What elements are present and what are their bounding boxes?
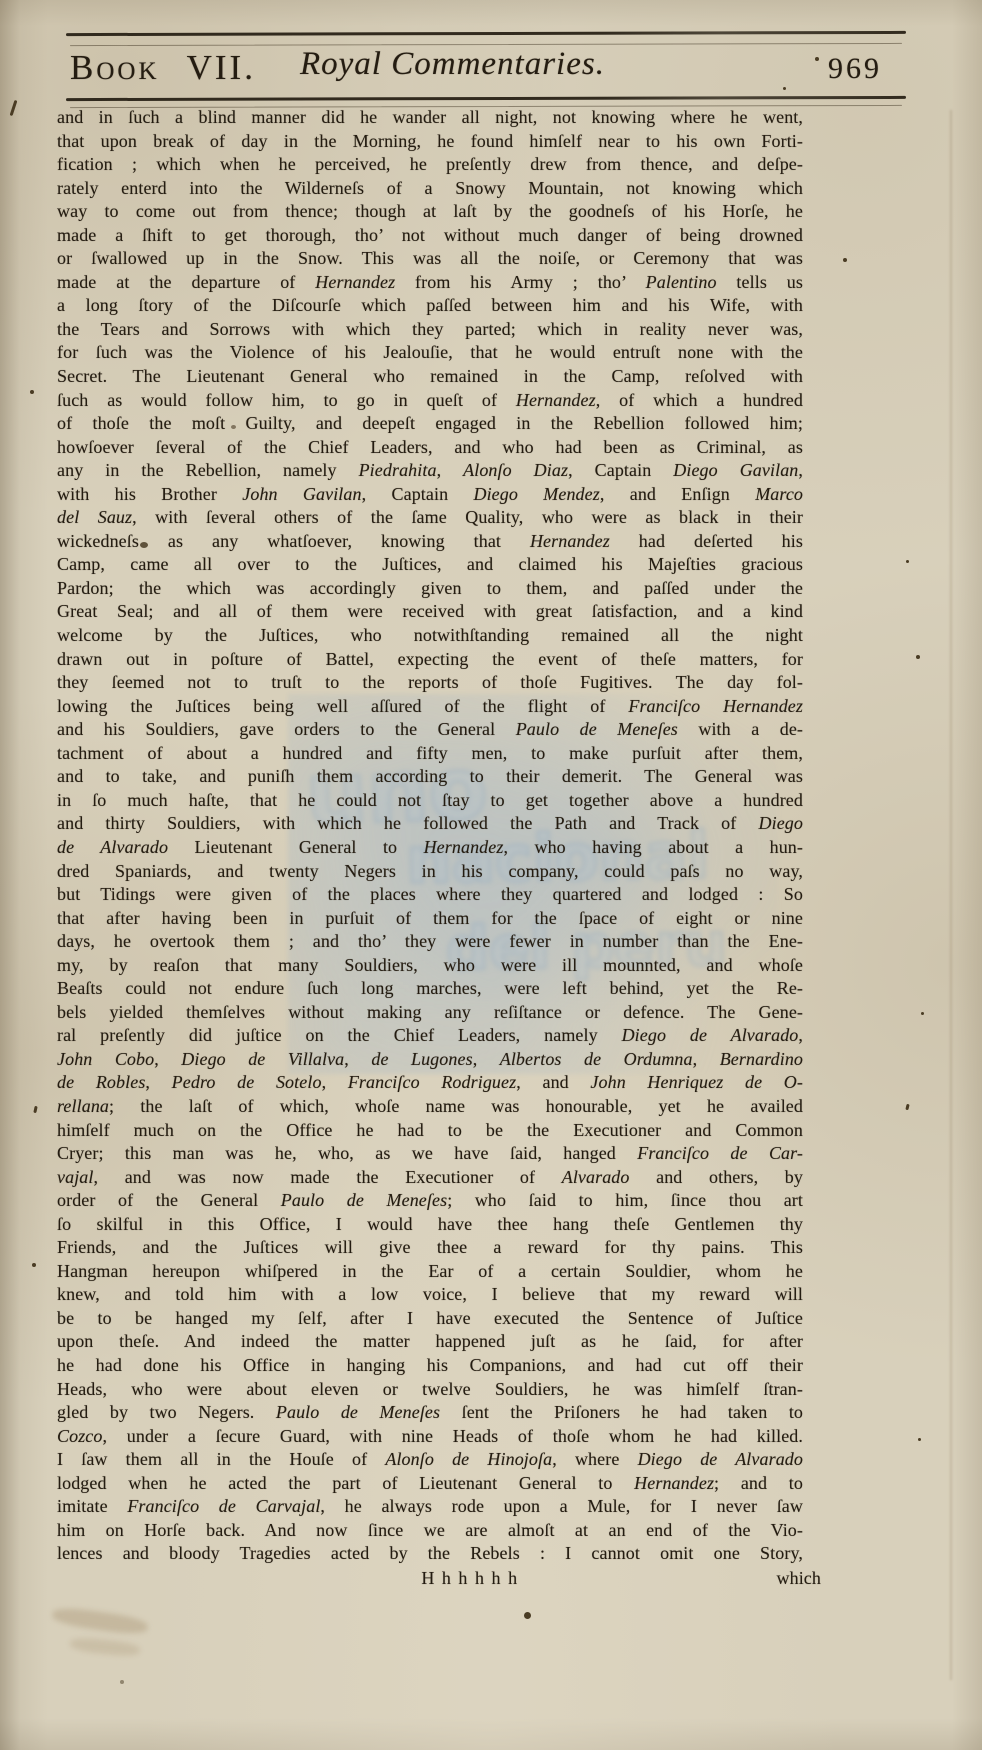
text-line: or ſwallowed up in the Snow. This was al…	[57, 247, 803, 271]
text-line: fication ; which when he perceived, he p…	[57, 153, 803, 177]
text-line: Camp, came all over to the Juſtices, and…	[57, 553, 803, 577]
text-line: they ſeemed not to truſt to the reports …	[57, 671, 803, 695]
book-label: Book VII.	[70, 48, 256, 88]
page-title: Royal Commentaries.	[300, 46, 605, 83]
text-line: Beaſts could not endure ſuch long marche…	[57, 977, 803, 1001]
text-line: for ſuch was the Violence of his Jealouſ…	[57, 341, 803, 365]
text-line: that upon break of day in the Morning, h…	[57, 130, 803, 154]
text-line: and in ſuch a blind manner did he wander…	[57, 106, 803, 130]
ink-speck	[921, 1012, 924, 1015]
text-line: wickedneſs as any whatſoever, knowing th…	[57, 530, 803, 554]
text-line: Pardon; the which was accordingly given …	[57, 577, 803, 601]
ink-speck	[33, 1106, 37, 1113]
text-line: days, he overtook them ; and tho’ they w…	[57, 930, 803, 954]
text-line: drawn out in poſture of Battel, expectin…	[57, 648, 803, 672]
text-line: bels yielded themſelves without making a…	[57, 1001, 803, 1025]
text-line: he had done his Office in hanging his Co…	[57, 1354, 803, 1378]
text-line: and his Souldiers, gave orders to the Ge…	[57, 718, 803, 742]
text-line: knew, and told him with a low voice, I b…	[57, 1283, 803, 1307]
text-line: lowing the Juſtices being well aſſured o…	[57, 695, 803, 719]
text-line: and thirty Souldiers, with which he foll…	[57, 812, 803, 836]
text-line: vajal, and was now made the Executioner …	[57, 1166, 803, 1190]
text-line: the Tears and Sorrows with which they pa…	[57, 318, 803, 342]
book-page-scan: uno nacional del peru Book VII. Royal Co…	[0, 0, 982, 1750]
text-line: howſoever ſeveral of the Chief Leaders, …	[57, 436, 803, 460]
text-line: made at the departure of Hernandez from …	[57, 271, 803, 295]
ink-speck	[843, 258, 847, 262]
ink-speck	[10, 100, 18, 116]
ink-speck	[32, 1263, 36, 1267]
page-body-text: and in ſuch a blind manner did he wander…	[57, 106, 803, 1591]
header-rule-top	[66, 31, 906, 36]
text-line: Great Seal; and all of them were receive…	[57, 600, 803, 624]
text-line: that after having been in purſuit of the…	[57, 907, 803, 931]
text-line: dred Spaniards, and twenty Negers in his…	[57, 860, 803, 884]
page-crease	[950, 110, 952, 1680]
text-line: made a ſhift to get thorough, tho’ not w…	[57, 224, 803, 248]
text-line: but Tidings were given of the places whe…	[57, 883, 803, 907]
text-line: welcome by the Juſtices, who notwithſtan…	[57, 624, 803, 648]
ink-speck	[120, 1680, 124, 1684]
text-line: in ſo much haſte, that he could not ſtay…	[57, 789, 803, 813]
text-line: imitate Franciſco de Carvajal, he always…	[57, 1495, 803, 1519]
text-line: way to come out from thence; though at l…	[57, 200, 803, 224]
ink-speck	[918, 1438, 921, 1441]
bleedthrough-smudge	[51, 1605, 149, 1636]
ink-speck	[905, 1104, 909, 1111]
text-line: lences and bloody Tragedies acted by the…	[57, 1542, 803, 1566]
text-line: of thoſe the moſt Guilty, and deepeſt en…	[57, 412, 803, 436]
text-line: Cryer; this man was he, who, as we have …	[57, 1142, 803, 1166]
text-line: Heads, who were about eleven or twelve S…	[57, 1378, 803, 1402]
text-line: ſuch as would follow him, to go in queſt…	[57, 389, 803, 413]
catchword: which	[777, 1567, 822, 1591]
signature-row: Hhhhhh which	[57, 1567, 803, 1591]
text-line: Friends, and the Juſtices will give thee…	[57, 1236, 803, 1260]
text-line: I ſaw them all in the Houſe of Alonſo de…	[57, 1448, 803, 1472]
ink-speck	[916, 655, 920, 659]
text-line: be to be hanged my ſelf, after I have ex…	[57, 1307, 803, 1331]
text-line: him on Horſe back. And now ſince we are …	[57, 1519, 803, 1543]
text-line: upon theſe. And indeed the matter happen…	[57, 1330, 803, 1354]
text-line: tachment of about a hundred and fifty me…	[57, 742, 803, 766]
text-line: de Alvarado Lieutenant General to Hernan…	[57, 836, 803, 860]
signature-mark: Hhhhhh	[421, 1568, 524, 1588]
bleedthrough-smudge	[69, 1636, 140, 1657]
ink-speck	[30, 390, 34, 394]
text-lines: and in ſuch a blind manner did he wander…	[57, 106, 803, 1566]
text-line: Hangman hereupon whiſpered in the Ear of…	[57, 1260, 803, 1284]
text-line: a long ſtory of the Diſcourſe which paſſ…	[57, 294, 803, 318]
text-line: order of the General Paulo de Meneſes; w…	[57, 1189, 803, 1213]
text-line: gled by two Negers. Paulo de Meneſes ſen…	[57, 1401, 803, 1425]
text-line: lodged when he acted the part of Lieuten…	[57, 1472, 803, 1496]
text-line: John Cobo, Diego de Villalva, de Lugones…	[57, 1048, 803, 1072]
text-line: and to take, and puniſh them according t…	[57, 765, 803, 789]
text-line: ral preſently did juſtice on the Chief L…	[57, 1024, 803, 1048]
text-line: Cozco, under a ſecure Guard, with nine H…	[57, 1425, 803, 1449]
ink-speck	[906, 560, 909, 563]
text-line: Secret. The Lieutenant General who remai…	[57, 365, 803, 389]
running-header: Book VII. Royal Commentaries. 969	[0, 46, 982, 98]
ink-speck	[524, 1612, 531, 1619]
text-line: himſelf much on the Office he had to be …	[57, 1119, 803, 1143]
page-number: 969	[828, 52, 882, 86]
text-line: ſo skilful in this Office, I would have …	[57, 1213, 803, 1237]
text-line: del Sauz, with ſeveral others of the ſam…	[57, 506, 803, 530]
text-line: with his Brother John Gavilan, Captain D…	[57, 483, 803, 507]
text-line: rellana; the laſt of which, whoſe name w…	[57, 1095, 803, 1119]
text-line: my, by reaſon that many Souldiers, who w…	[57, 954, 803, 978]
text-line: any in the Rebellion, namely Piedrahita,…	[57, 459, 803, 483]
text-line: rately enterd into the Wilderneſs of a S…	[57, 177, 803, 201]
text-line: de Robles, Pedro de Sotelo, Franciſco Ro…	[57, 1071, 803, 1095]
